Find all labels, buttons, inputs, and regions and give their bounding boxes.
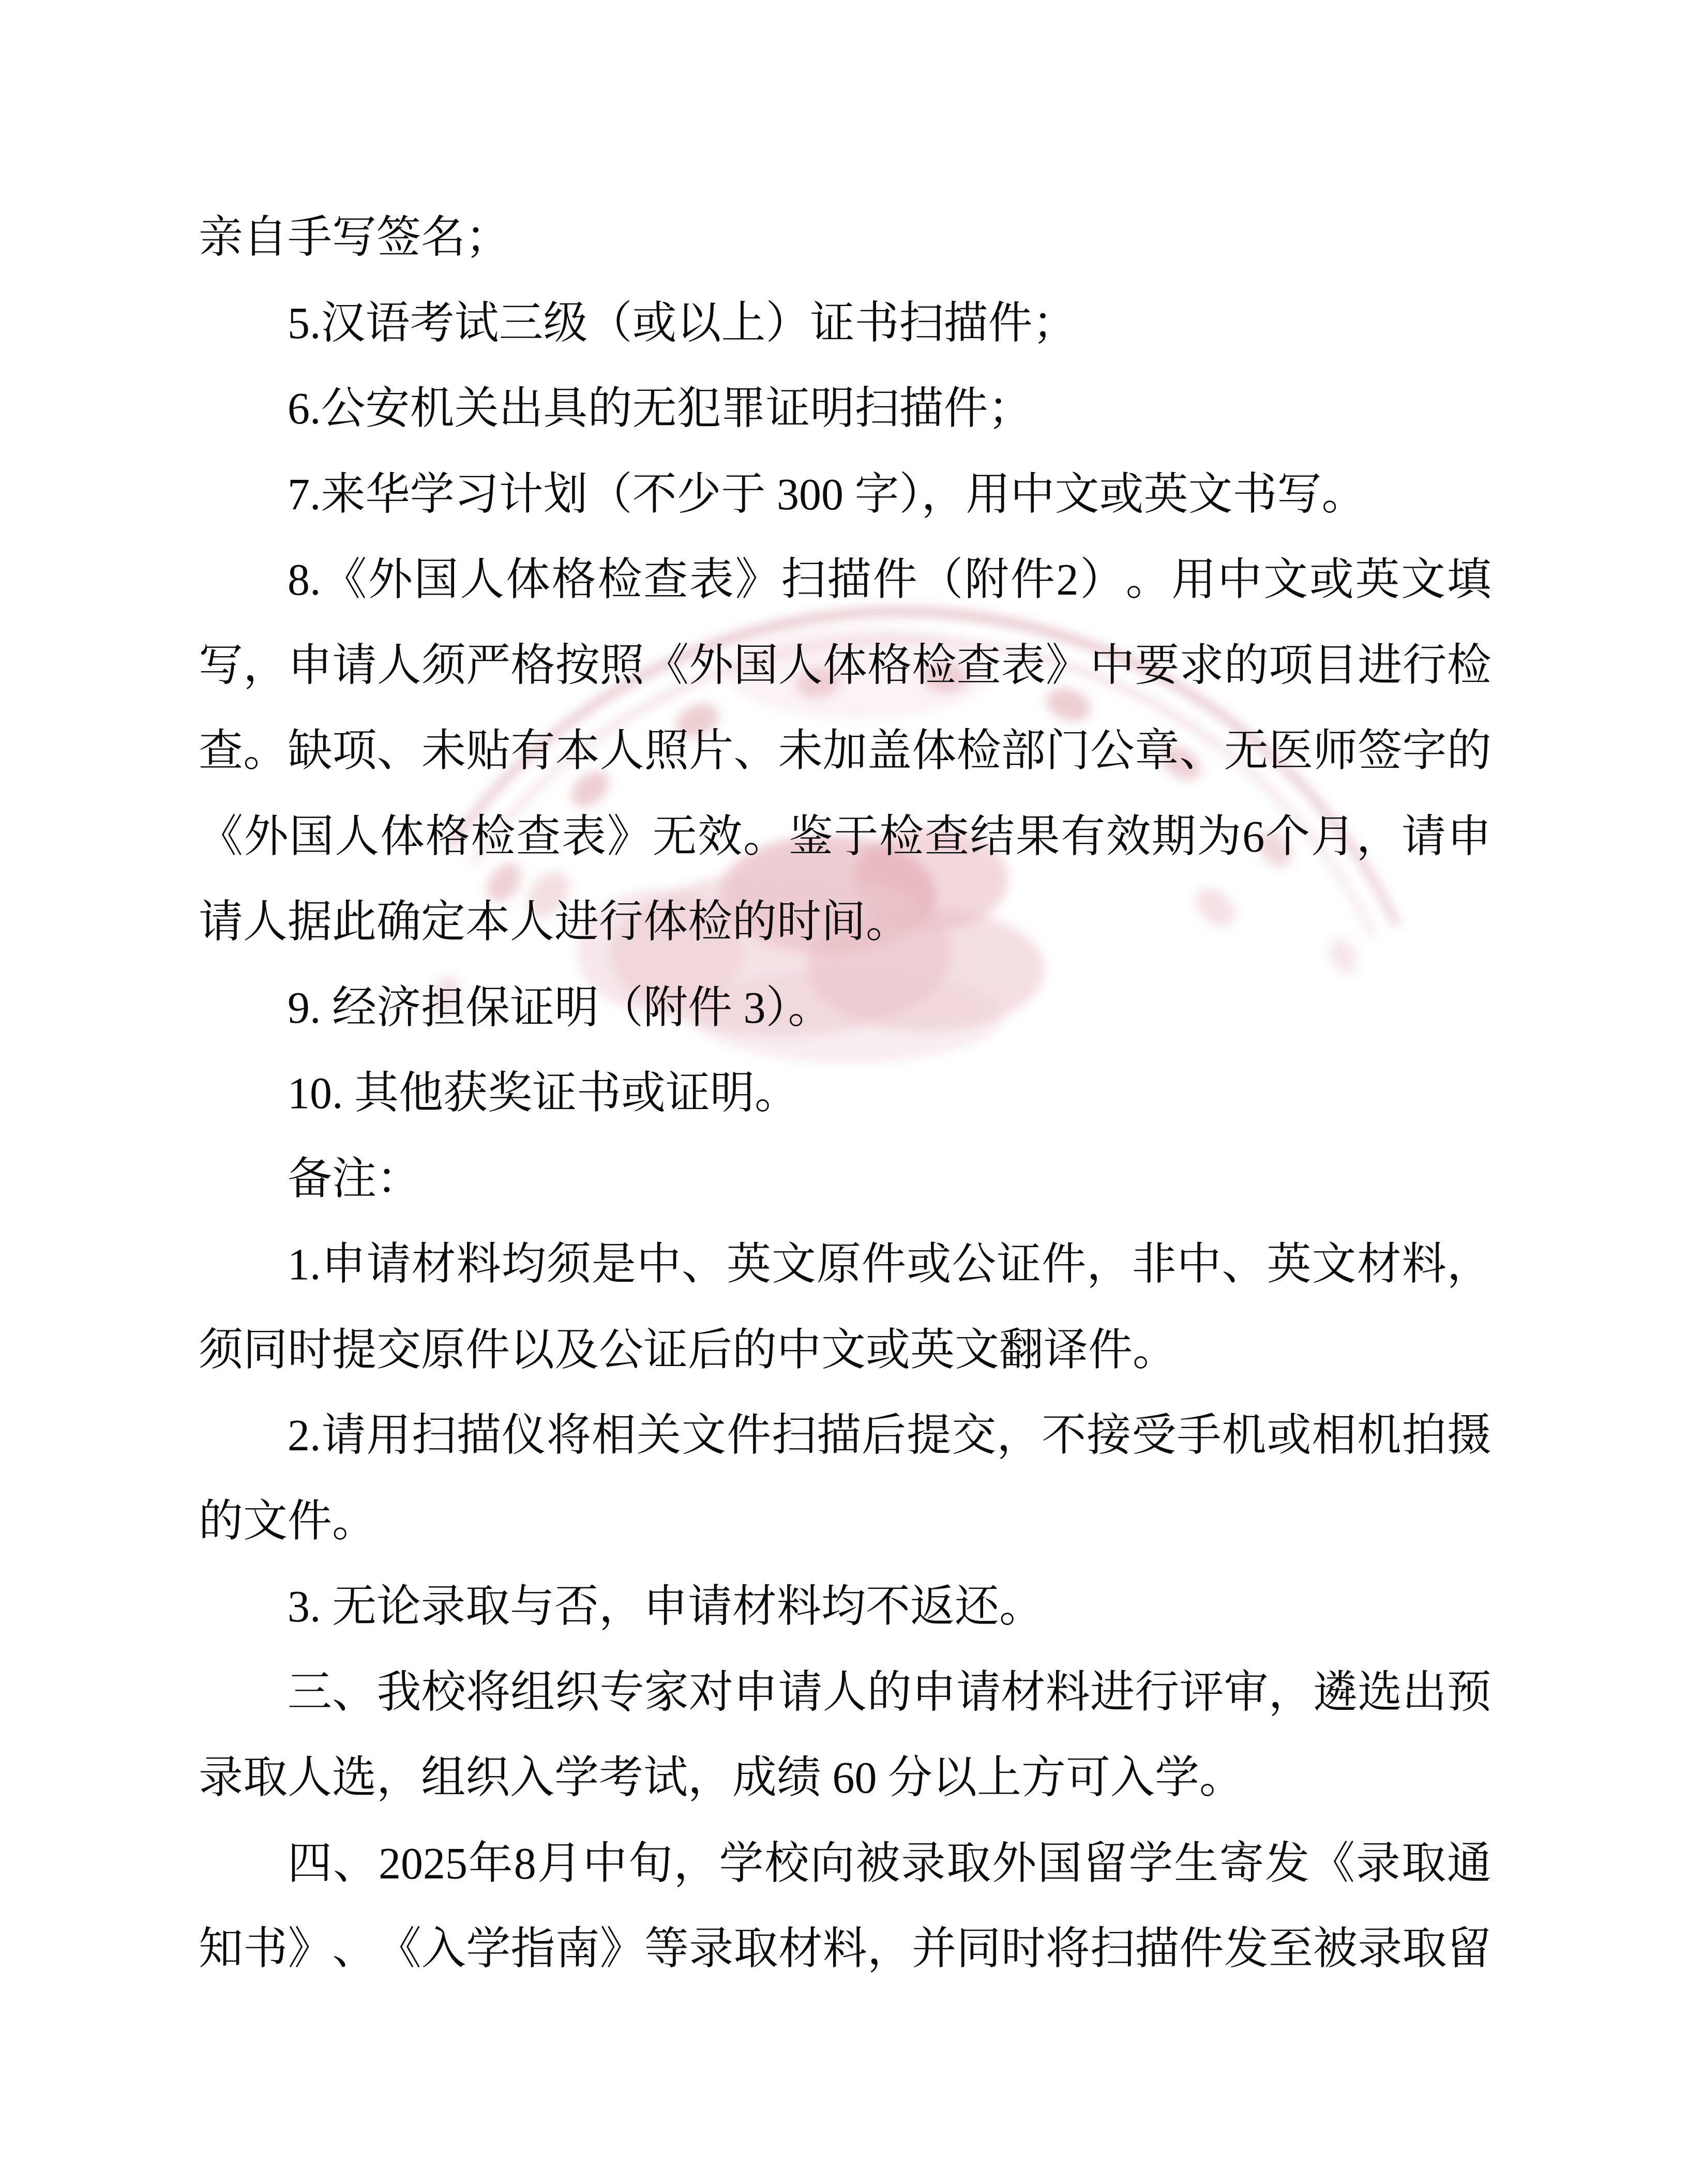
text-token: 格 (552, 537, 596, 623)
text-token: 被 (855, 1821, 900, 1907)
text-line-16: 的文件。 (199, 1479, 1491, 1565)
text-token: ， (1447, 1222, 1491, 1308)
text-line-3: 6.公安机关出具的无犯罪证明扫描件； (199, 366, 1491, 452)
text-token: 扫 (412, 1393, 456, 1479)
text-token: 中 (1217, 537, 1262, 623)
text-token: 提 (907, 1393, 951, 1479)
text-token: 加 (823, 708, 867, 794)
text-token: 期 (1152, 794, 1196, 880)
text-token: 无 (1224, 708, 1269, 794)
text-token: 取 (1401, 1821, 1446, 1907)
text-token: 中 (637, 1222, 681, 1308)
text-token: 描 (817, 1393, 861, 1479)
text-token: 字 (1402, 708, 1446, 794)
text-token: 录 (901, 1821, 945, 1907)
text-token: 6 (1242, 794, 1264, 880)
text-token: 8. (288, 537, 321, 623)
text-token: 请 (956, 1650, 1001, 1736)
text-token: 遴 (1313, 1650, 1358, 1736)
text-token: 个 (1265, 794, 1310, 880)
text-token: 盖 (867, 708, 912, 794)
text-token: 机 (1222, 1393, 1266, 1479)
text-token: 知 (199, 1906, 243, 1992)
text-token: 行 (1402, 623, 1446, 709)
text-token: 描 (827, 537, 871, 623)
text-token: 、 (682, 1222, 726, 1308)
text-token: 严 (466, 623, 510, 709)
text-token: 外 (244, 794, 289, 880)
text-token: 仪 (502, 1393, 546, 1479)
text-token: 申 (733, 1650, 778, 1736)
text-token: ， (674, 1821, 718, 1907)
text-token: 的 (867, 1650, 912, 1736)
text-token: 关 (637, 1393, 681, 1479)
text-token: 将 (1046, 1906, 1090, 1992)
text-token: 或 (1309, 537, 1354, 623)
text-line-15: 2.请用扫描仪将相关文件扫描后提交，不接受手机或相机拍摄 (199, 1393, 1491, 1479)
text-token: 南 (555, 1906, 600, 1992)
text-token: 等 (644, 1906, 689, 1992)
text-token: 请 (322, 1393, 366, 1479)
text-token: 本 (555, 708, 600, 794)
text-token: 被 (1313, 1906, 1358, 1992)
text-token: 查 (516, 794, 561, 880)
text-token: 扫 (781, 537, 825, 623)
text-token: 申 (1447, 794, 1491, 880)
text-token: 学 (1128, 1821, 1173, 1907)
text-token: 章 (1135, 708, 1179, 794)
text-token: 、 (333, 1821, 378, 1907)
text-line-20: 四、2025年8月中旬，学校向被录取外国留学生寄发《录取通 (199, 1821, 1491, 1907)
text-token: 料 (1402, 1222, 1446, 1308)
text-token: 申 (912, 1650, 956, 1736)
text-token: 未 (421, 708, 466, 794)
text-token: 查 (199, 708, 243, 794)
text-token: 均 (502, 1222, 546, 1308)
text-line-8: 《外国人体格检查表》无效。鉴于检查结果有效期为6个月，请申 (199, 794, 1491, 880)
text-token: 附 (964, 537, 1009, 623)
text-token: 指 (510, 1906, 555, 1992)
text-line-7: 查。缺项、未贴有本人照片、未加盖体检部门公章、无医师签字的 (199, 708, 1491, 794)
text-line-2: 5.汉语考试三级（或以上）证书扫描件； (199, 281, 1491, 367)
text-token: 。 (1126, 537, 1170, 623)
text-token: 是 (592, 1222, 636, 1308)
text-token: 四 (288, 1821, 332, 1907)
document-body-text: 亲自手写签名；5.汉语考试三级（或以上）证书扫描件；6.公安机关出具的无犯罪证明… (199, 195, 1491, 1992)
text-token: 件 (727, 1393, 771, 1479)
text-line-18: 三、我校将组织专家对申请人的申请材料进行评审，遴选出预 (199, 1650, 1491, 1736)
text-token: 检 (879, 794, 924, 880)
text-token: 进 (1358, 623, 1402, 709)
text-token: 校 (421, 1650, 466, 1736)
text-token: 件 (862, 1222, 906, 1308)
text-token: 请 (1401, 794, 1446, 880)
text-line-21: 知书》、《入学指南》等录取材料，并同时将扫描件发至被录取留 (199, 1906, 1491, 1992)
text-token: 材 (412, 1222, 456, 1308)
text-token: 片 (689, 708, 733, 794)
text-token: 鉴 (789, 794, 833, 880)
text-token: 为 (1197, 794, 1242, 880)
text-token: 发 (1265, 1821, 1309, 1907)
text-token: 国 (1037, 1821, 1082, 1907)
text-token: 学 (719, 1821, 764, 1907)
text-token: 对 (689, 1650, 733, 1736)
text-token: 取 (733, 1906, 778, 1992)
text-line-13: 1.申请材料均须是中、英文原件或公证件，非中、英文材料， (199, 1222, 1491, 1308)
text-token: 表 (689, 537, 734, 623)
text-token: ， (1087, 1222, 1131, 1308)
text-token: 结 (970, 794, 1015, 880)
text-token: 》 (607, 794, 652, 880)
text-token: 未 (778, 708, 823, 794)
text-token: 检 (471, 794, 516, 880)
text-token: 审 (1224, 1650, 1269, 1736)
text-token: 目 (1313, 623, 1358, 709)
text-token: 体 (506, 537, 550, 623)
text-line-1: 亲自手写签名； (199, 195, 1491, 281)
text-token: 部 (1001, 708, 1046, 794)
text-token: 效 (698, 794, 742, 880)
text-token: 描 (457, 1393, 501, 1479)
text-token: 、 (332, 1650, 376, 1736)
text-token: 的 (1224, 623, 1269, 709)
text-token: 项 (333, 708, 377, 794)
text-token: 、 (1179, 708, 1224, 794)
text-token: ， (867, 1906, 912, 1992)
text-token: 国 (290, 794, 334, 880)
text-token: 请 (778, 1650, 822, 1736)
text-token: 用 (1172, 537, 1216, 623)
text-token: 材 (778, 1906, 823, 1992)
text-token: 用 (367, 1393, 411, 1479)
text-token: 校 (765, 1821, 809, 1907)
text-token: 。 (243, 708, 288, 794)
text-token: 国 (414, 537, 459, 623)
text-token: 人 (460, 537, 504, 623)
text-line-14: 须同时提交原件以及公证后的中文或英文翻译件。 (199, 1308, 1491, 1393)
text-token: 申 (288, 623, 332, 709)
text-token: 材 (1001, 1650, 1046, 1736)
text-token: 有 (510, 708, 555, 794)
text-token: 同 (956, 1906, 1001, 1992)
text-line-5: 8.《外国人体格检查表》扫描件（附件2）。用中文或英文填 (199, 537, 1491, 623)
text-token: 相 (592, 1393, 636, 1479)
text-token: 学 (466, 1906, 510, 1992)
text-token: 申 (322, 1222, 366, 1308)
text-token: 月 (1311, 794, 1355, 880)
text-token: 描 (1135, 1906, 1179, 1992)
text-token: 格 (426, 794, 470, 880)
text-token: 人 (335, 794, 379, 880)
text-token: 、 (1222, 1222, 1266, 1308)
text-token: 无 (653, 794, 697, 880)
text-token: 将 (547, 1393, 591, 1479)
text-token: 交 (952, 1393, 996, 1479)
text-token: 不 (1042, 1393, 1086, 1479)
text-token: 2025 (379, 1821, 468, 1907)
text-token: 查 (956, 623, 1001, 709)
text-token: 相 (1312, 1393, 1357, 1479)
text-token: 取 (1402, 1906, 1446, 1992)
text-token: 门 (1046, 708, 1090, 794)
text-token: 接 (1087, 1393, 1131, 1479)
text-token: 检 (1447, 623, 1491, 709)
text-token: 公 (1090, 708, 1135, 794)
text-token: 寄 (1219, 1821, 1264, 1907)
text-token: 。 (743, 794, 788, 880)
text-token: 入 (421, 1906, 466, 1992)
text-token: 人 (377, 623, 421, 709)
text-token: 留 (1083, 1821, 1127, 1907)
text-token: 英 (1267, 1222, 1312, 1308)
text-token: 件 (873, 537, 917, 623)
text-token: 表 (562, 794, 606, 880)
text-token: 《 (644, 623, 689, 709)
text-token: 或 (1267, 1393, 1312, 1479)
text-token: 并 (912, 1906, 956, 1992)
text-token: 1. (288, 1222, 321, 1308)
text-token: 或 (907, 1222, 951, 1308)
text-token: 须 (421, 623, 466, 709)
text-token: 生 (1174, 1821, 1218, 1907)
text-token: 录 (689, 1906, 733, 1992)
text-token: 进 (1090, 1650, 1135, 1736)
text-token: 取 (946, 1821, 991, 1907)
text-token: ） (1080, 537, 1124, 623)
text-token: 体 (380, 794, 425, 880)
text-token: 的 (1447, 708, 1491, 794)
text-token: 机 (1357, 1393, 1401, 1479)
text-token: 行 (1135, 1650, 1179, 1736)
text-token: 国 (733, 623, 778, 709)
text-token: 有 (1061, 794, 1105, 880)
text-token: 8 (514, 1821, 536, 1907)
text-token: 》 (1046, 623, 1090, 709)
text-token: 医 (1269, 708, 1313, 794)
text-token: 师 (1313, 708, 1358, 794)
text-token: 表 (1001, 623, 1046, 709)
text-token: 年 (469, 1821, 513, 1907)
text-token: 《 (1310, 1821, 1355, 1907)
text-token: 于 (834, 794, 879, 880)
text-token: 《 (199, 794, 243, 880)
text-token: 预 (1447, 1650, 1491, 1736)
text-token: 件 (1011, 537, 1055, 623)
text-token: 2 (1056, 537, 1078, 623)
text-token: 外 (992, 1821, 1036, 1907)
text-token: 人 (823, 1650, 867, 1736)
text-line-4: 7.来华学习计划（不少于 300 字），用中文或英文书写。 (199, 452, 1491, 538)
text-token: 我 (376, 1650, 421, 1736)
text-token: 出 (1402, 1650, 1446, 1736)
document-page: 亲自手写签名；5.汉语考试三级（或以上）证书扫描件；6.公安机关出具的无犯罪证明… (0, 0, 1688, 2184)
text-token: 后 (862, 1393, 906, 1479)
text-token: 按 (555, 623, 600, 709)
text-line-9: 请人据此确定本人进行体检的时间。 (199, 879, 1491, 965)
text-token: 外 (689, 623, 733, 709)
text-token: 手 (1177, 1393, 1221, 1479)
text-token: 材 (1357, 1222, 1401, 1308)
text-token: 受 (1132, 1393, 1176, 1479)
text-token: 英 (727, 1222, 771, 1308)
text-token: 通 (1447, 1821, 1491, 1907)
text-token: 向 (810, 1821, 854, 1907)
text-token: 文 (682, 1393, 726, 1479)
text-token: 2. (288, 1393, 321, 1479)
text-token: 英 (1355, 537, 1399, 623)
text-line-10: 9. 经济担保证明（附件 3）。 (199, 965, 1491, 1051)
text-token: 照 (644, 708, 689, 794)
text-line-11: 10. 其他获奖证书或证明。 (199, 1051, 1491, 1136)
text-token: 非 (1132, 1222, 1176, 1308)
text-token: 》 (288, 1906, 332, 1992)
text-token: 料 (823, 1906, 867, 1992)
text-token: 签 (1358, 708, 1402, 794)
text-token: 检 (956, 708, 1001, 794)
text-token: 拍 (1402, 1393, 1446, 1479)
text-token: 、 (733, 708, 778, 794)
text-token: （ (918, 537, 963, 623)
text-token: 旬 (628, 1821, 673, 1907)
text-token: 家 (644, 1650, 689, 1736)
text-token: 贴 (466, 708, 510, 794)
text-token: 专 (600, 1650, 644, 1736)
text-token: 项 (1269, 623, 1313, 709)
text-token: 料 (457, 1222, 501, 1308)
text-line-6: 写，申请人须严格按照《外国人体格检查表》中要求的项目进行检 (199, 623, 1491, 709)
text-token: 中 (583, 1821, 627, 1907)
text-token: 扫 (772, 1393, 816, 1479)
text-line-12: 备注： (199, 1136, 1491, 1222)
text-token: 缺 (288, 708, 332, 794)
text-token: 发 (1224, 1906, 1269, 1992)
text-token: 至 (1269, 1906, 1313, 1992)
text-token: 请 (367, 1222, 411, 1308)
text-token: 选 (1358, 1650, 1402, 1736)
text-token: 请 (333, 623, 377, 709)
text-token: 体 (912, 708, 956, 794)
text-token: 》 (600, 1906, 644, 1992)
text-token: 格 (867, 623, 912, 709)
text-token: 原 (817, 1222, 861, 1308)
text-token: 照 (600, 623, 644, 709)
text-token: 、 (377, 708, 421, 794)
text-token: ， (1357, 794, 1401, 880)
text-token: 留 (1447, 1906, 1491, 1992)
text-token: 体 (823, 623, 867, 709)
text-token: 件 (1042, 1222, 1086, 1308)
text-token: 文 (1401, 537, 1445, 623)
text-token: 评 (1179, 1650, 1224, 1736)
text-token: 填 (1447, 537, 1491, 623)
text-token: 人 (778, 623, 823, 709)
text-token: 件 (1179, 1906, 1224, 1992)
text-token: 中 (1177, 1222, 1221, 1308)
text-token: 中 (1090, 623, 1135, 709)
text-token: 三 (288, 1650, 332, 1736)
text-token: 查 (925, 794, 969, 880)
text-token: 》 (735, 537, 780, 623)
text-token: 月 (537, 1821, 582, 1907)
text-token: 公 (952, 1222, 996, 1308)
text-line-17: 3. 无论录取与否，申请材料均不返还。 (199, 1564, 1491, 1650)
text-token: 扫 (1090, 1906, 1135, 1992)
text-token: 人 (600, 708, 644, 794)
text-token: 文 (1263, 537, 1308, 623)
text-token: 将 (466, 1650, 510, 1736)
text-token: 料 (1046, 1650, 1090, 1736)
text-token: 、 (333, 1906, 377, 1992)
text-token: 效 (1106, 794, 1151, 880)
text-token: 录 (1356, 1821, 1400, 1907)
text-token: 文 (1312, 1222, 1357, 1308)
text-token: 文 (772, 1222, 816, 1308)
text-token: 外 (368, 537, 413, 623)
text-line-19: 录取人选，组织入学考试，成绩 60 分以上方可入学。 (199, 1735, 1491, 1821)
text-token: ， (1269, 1650, 1313, 1736)
text-token: 要 (1135, 623, 1179, 709)
text-token: 录 (1358, 1906, 1402, 1992)
text-token: 格 (510, 623, 555, 709)
text-token: 织 (555, 1650, 599, 1736)
text-token: 证 (997, 1222, 1041, 1308)
text-token: 组 (510, 1650, 555, 1736)
text-token: ， (997, 1393, 1041, 1479)
text-token: 求 (1179, 623, 1224, 709)
text-token: 检 (597, 537, 642, 623)
text-token: 《 (377, 1906, 421, 1992)
text-token: 时 (1001, 1906, 1046, 1992)
text-token: ， (243, 623, 288, 709)
text-token: 摄 (1447, 1393, 1491, 1479)
text-token: 检 (912, 623, 956, 709)
text-token: 《 (322, 537, 367, 623)
text-token: 查 (643, 537, 688, 623)
text-token: 写 (199, 623, 243, 709)
text-token: 果 (1016, 794, 1060, 880)
text-token: 须 (547, 1222, 591, 1308)
text-token: 书 (243, 1906, 288, 1992)
